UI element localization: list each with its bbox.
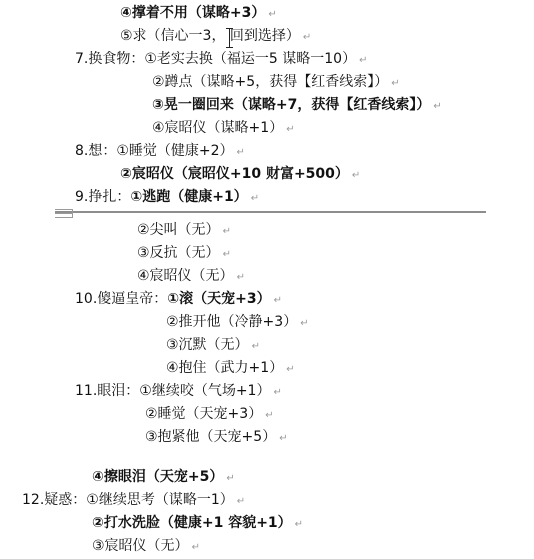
text-line: ⑤求（信心一3， 回到选择）↵ — [120, 26, 311, 46]
line-text: ③宸昭仪（无） — [92, 538, 189, 554]
paragraph-mark-icon: ↵ — [303, 32, 311, 43]
text-line: ③晃一圈回来（谋略+7，获得【红香线索】）↵ — [152, 95, 442, 115]
line-text: ④宸昭仪（无） — [137, 268, 234, 284]
line-text: ②尖叫（无） — [137, 222, 220, 238]
paragraph-mark-icon: ↵ — [352, 170, 360, 181]
text-line: 10.傻逼皇帝：①滚（天宠+3）↵ — [75, 289, 282, 309]
paragraph-mark-icon: ↵ — [237, 496, 245, 507]
line-text: ②蹲点（谋略+5，获得【红香线索】） — [152, 74, 388, 90]
paragraph-mark-icon: ↵ — [223, 226, 231, 237]
paragraph-mark-icon: ↵ — [237, 147, 245, 158]
paragraph-mark-icon: ↵ — [286, 124, 294, 135]
paragraph-mark-icon: ↵ — [251, 193, 259, 204]
paragraph-mark-icon: ↵ — [265, 410, 273, 421]
text-line: ②推开他（冷静+3）↵ — [166, 312, 309, 332]
text-line: ②宸昭仪（宸昭仪+10 财富+500）↵ — [120, 164, 360, 184]
line-text: ②宸昭仪（宸昭仪+10 财富+500） — [120, 166, 349, 182]
text-line: ③宸昭仪（无）↵ — [92, 536, 200, 556]
paragraph-mark-icon: ↵ — [279, 433, 287, 444]
text-line: ③抱紧他（天宠+5）↵ — [145, 427, 288, 447]
paragraph-mark-icon: ↵ — [300, 318, 308, 329]
line-text: ①逃跑（健康+1） — [130, 189, 247, 205]
line-prefix: 10.傻逼皇帝： — [75, 291, 167, 307]
line-text: ④抱住（武力+1） — [166, 360, 283, 376]
paragraph-mark-icon: ↵ — [391, 78, 399, 89]
paragraph-mark-icon: ↵ — [295, 519, 303, 530]
page-break-line — [55, 211, 486, 213]
text-line: 9.挣扎：①逃跑（健康+1）↵ — [75, 187, 259, 207]
text-line: ④撑着不用（谋略+3）↵ — [120, 3, 277, 23]
line-text: ②打水洗脸（健康+1 容貌+1） — [92, 515, 292, 531]
paragraph-mark-icon: ↵ — [237, 272, 245, 283]
line-text: ③反抗（无） — [137, 245, 220, 261]
line-text: 11.眼泪：①继续咬（气场+1） — [75, 383, 270, 399]
line-text: ④撑着不用（谋略+3） — [120, 5, 265, 21]
paragraph-mark-icon: ↵ — [433, 101, 441, 112]
line-text: ④擦眼泪（天宠+5） — [92, 469, 223, 485]
line-text: ②推开他（冷静+3） — [166, 314, 297, 330]
text-line: ④宸昭仪（谋略+1）↵ — [152, 118, 295, 138]
text-line: 12.疑惑：①继续思考（谋略一1）↵ — [22, 490, 245, 510]
paragraph-mark-icon: ↵ — [268, 9, 276, 20]
text-line: ④擦眼泪（天宠+5）↵ — [92, 467, 235, 487]
text-line: ②打水洗脸（健康+1 容貌+1）↵ — [92, 513, 303, 533]
paragraph-mark-icon: ↵ — [274, 295, 282, 306]
text-line: ②尖叫（无）↵ — [137, 220, 231, 240]
line-text: ③沉默（无） — [166, 337, 249, 353]
text-line: 8.想：①睡觉（健康+2）↵ — [75, 141, 245, 161]
line-text: ⑤求（信心一3， 回到选择） — [120, 28, 300, 44]
line-text: 8.想：①睡觉（健康+2） — [75, 143, 234, 159]
paragraph-mark-icon: ↵ — [286, 364, 294, 375]
line-text: ③晃一圈回来（谋略+7，获得【红香线索】） — [152, 97, 430, 113]
paragraph-mark-icon: ↵ — [223, 249, 231, 260]
table-move-handle-icon[interactable] — [55, 209, 73, 218]
text-line: ②蹲点（谋略+5，获得【红香线索】）↵ — [152, 72, 400, 92]
text-line: 7.换食物：①老实去换（福运一5 谋略一10）↵ — [75, 49, 367, 69]
line-text: ③抱紧他（天宠+5） — [145, 429, 276, 445]
text-line: ③反抗（无）↵ — [137, 243, 231, 263]
text-line: ②睡觉（天宠+3）↵ — [145, 404, 274, 424]
paragraph-mark-icon: ↵ — [252, 341, 260, 352]
line-text: ②睡觉（天宠+3） — [145, 406, 262, 422]
line-text: ④宸昭仪（谋略+1） — [152, 120, 283, 136]
text-line: ③沉默（无）↵ — [166, 335, 260, 355]
text-line: 11.眼泪：①继续咬（气场+1）↵ — [75, 381, 282, 401]
text-cursor-ibeam-icon — [226, 27, 234, 49]
paragraph-mark-icon: ↵ — [226, 473, 234, 484]
line-text: 12.疑惑：①继续思考（谋略一1） — [22, 492, 234, 508]
line-text: 7.换食物：①老实去换（福运一5 谋略一10） — [75, 51, 356, 67]
paragraph-mark-icon: ↵ — [192, 542, 200, 553]
text-line: ④宸昭仪（无）↵ — [137, 266, 245, 286]
paragraph-mark-icon: ↵ — [273, 387, 281, 398]
paragraph-mark-icon: ↵ — [359, 55, 367, 66]
line-prefix: 9.挣扎： — [75, 189, 130, 205]
line-text: ①滚（天宠+3） — [167, 291, 270, 307]
text-line: ④抱住（武力+1）↵ — [166, 358, 295, 378]
